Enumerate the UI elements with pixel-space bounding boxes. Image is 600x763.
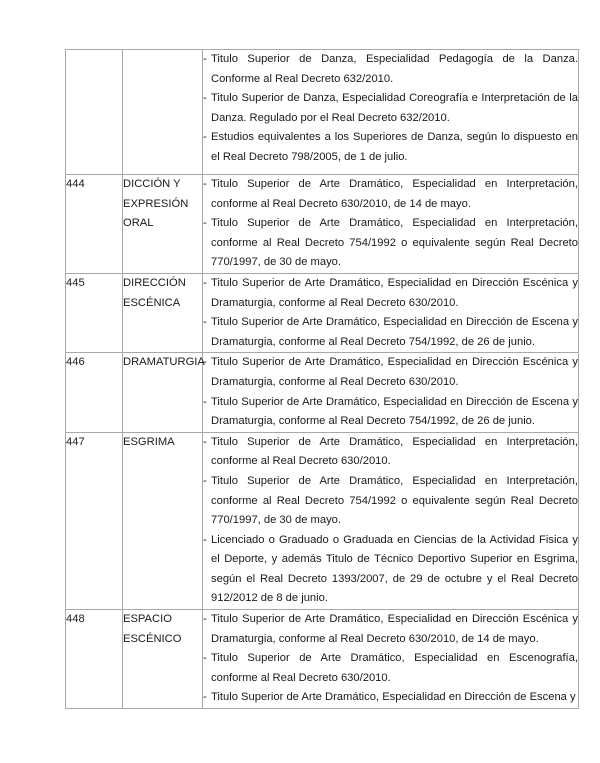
specialty-code-cell: 446 (66, 353, 123, 432)
required-title-item: Titulo Superior de Arte Dramático, Espec… (203, 433, 578, 472)
required-title-item: Estudios equivalentes a los Superiores d… (203, 128, 578, 167)
specialty-name-cell: DIRECCIÓNESCÉNICA (123, 273, 203, 352)
specialty-name-line: ESCÉNICA (123, 294, 202, 314)
specialty-name-line: EXPRESIÓN (123, 195, 202, 215)
specialty-code-cell: 448 (66, 610, 123, 709)
required-title-item: Titulo Superior de Arte Dramático, Espec… (203, 313, 578, 352)
specialty-name-cell: DICCIÓN YEXPRESIÓNORAL (123, 175, 203, 274)
specialty-code-cell: 445 (66, 273, 123, 352)
required-title-item: Titulo Superior de Arte Dramático, Espec… (203, 274, 578, 313)
required-title-item: Titulo Superior de Arte Dramático, Espec… (203, 472, 578, 531)
required-titles-list: Titulo Superior de Arte Dramático, Espec… (203, 175, 578, 273)
required-titles-cell: Titulo Superior de Arte Dramático, Espec… (203, 610, 579, 709)
required-titles-list: Titulo Superior de Arte Dramático, Espec… (203, 610, 578, 708)
required-titles-list: Titulo Superior de Arte Dramático, Espec… (203, 433, 578, 609)
required-titles-list: Titulo Superior de Danza, Especialidad P… (203, 50, 578, 168)
required-title-item: Titulo Superior de Arte Dramático, Espec… (203, 688, 578, 708)
required-titles-cell: Titulo Superior de Arte Dramático, Espec… (203, 273, 579, 352)
required-title-item: Licenciado o Graduado o Graduada en Cien… (203, 531, 578, 609)
required-titles-cell: Titulo Superior de Arte Dramático, Espec… (203, 432, 579, 609)
specialty-name-line: DIRECCIÓN (123, 274, 202, 294)
specialty-code-cell: 447 (66, 432, 123, 609)
specialty-name-line: DRAMATURGIA (123, 353, 202, 373)
specialty-code-cell (66, 50, 123, 175)
specialty-name-cell: ESPACIOESCÉNICO (123, 610, 203, 709)
required-title-item: Titulo Superior de Arte Dramático, Espec… (203, 610, 578, 649)
table-row: 448 ESPACIOESCÉNICO Titulo Superior de A… (66, 610, 579, 709)
table-row: Titulo Superior de Danza, Especialidad P… (66, 50, 579, 175)
specialty-name-line: ESGRIMA (123, 433, 202, 453)
specialty-requirements-table: Titulo Superior de Danza, Especialidad P… (65, 49, 579, 709)
required-title-item: Titulo Superior de Arte Dramático, Espec… (203, 393, 578, 432)
specialty-name-cell: ESGRIMA (123, 432, 203, 609)
specialty-name-cell (123, 50, 203, 175)
table-row: 444 DICCIÓN YEXPRESIÓNORAL Titulo Superi… (66, 175, 579, 274)
specialty-name-line: ESCÉNICO (123, 630, 202, 650)
specialty-code-cell: 444 (66, 175, 123, 274)
required-title-item: Titulo Superior de Arte Dramático, Espec… (203, 649, 578, 688)
required-title-item: Titulo Superior de Danza, Especialidad P… (203, 50, 578, 89)
table-row: 445 DIRECCIÓNESCÉNICA Titulo Superior de… (66, 273, 579, 352)
required-titles-list: Titulo Superior de Arte Dramático, Espec… (203, 353, 578, 431)
required-titles-cell: Titulo Superior de Arte Dramático, Espec… (203, 353, 579, 432)
required-titles-list: Titulo Superior de Arte Dramático, Espec… (203, 274, 578, 352)
required-title-item: Titulo Superior de Danza, Especialidad C… (203, 89, 578, 128)
specialty-name-line: ESPACIO (123, 610, 202, 630)
required-titles-cell: Titulo Superior de Danza, Especialidad P… (203, 50, 579, 175)
required-title-item: Titulo Superior de Arte Dramático, Espec… (203, 214, 578, 273)
required-titles-cell: Titulo Superior de Arte Dramático, Espec… (203, 175, 579, 274)
document-page: Titulo Superior de Danza, Especialidad P… (0, 0, 600, 763)
specialty-name-cell: DRAMATURGIA (123, 353, 203, 432)
specialty-name-line: DICCIÓN Y (123, 175, 202, 195)
specialty-name-line: ORAL (123, 214, 202, 234)
table-row: 447 ESGRIMA Titulo Superior de Arte Dram… (66, 432, 579, 609)
required-title-item: Titulo Superior de Arte Dramático, Espec… (203, 353, 578, 392)
required-title-item: Titulo Superior de Arte Dramático, Espec… (203, 175, 578, 214)
table-row: 446 DRAMATURGIA Titulo Superior de Arte … (66, 353, 579, 432)
